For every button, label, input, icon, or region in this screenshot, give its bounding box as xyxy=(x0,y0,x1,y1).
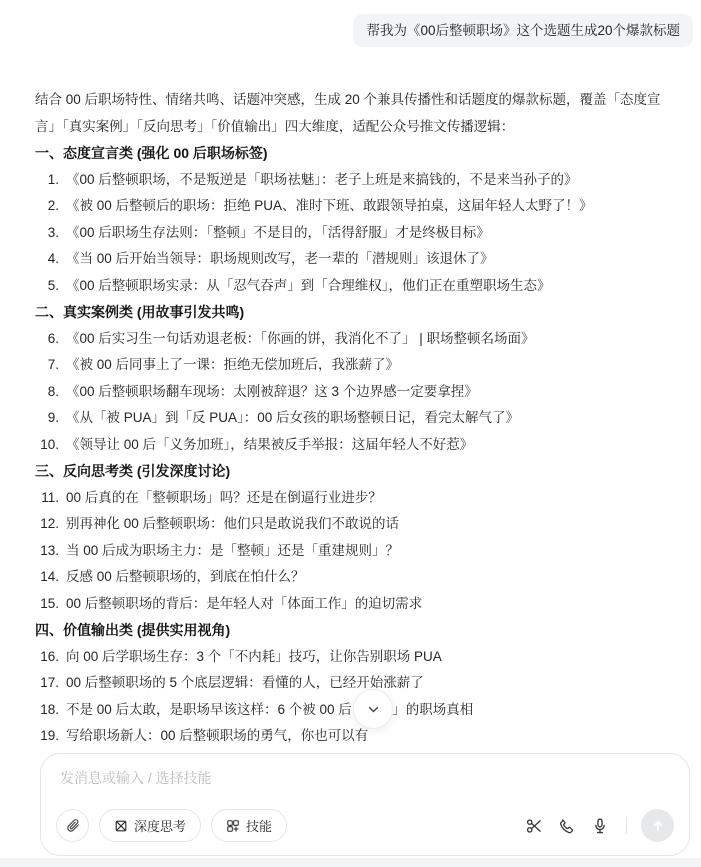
item-text: 反感 00 后整顿职场的，到底在怕什么？ xyxy=(66,564,669,591)
composer-toolbar: 深度思考 技能 xyxy=(56,809,674,842)
item-number: 2. xyxy=(35,193,59,220)
item-number: 18. xyxy=(35,697,59,724)
section-heading: 二、真实案例类 (用故事引发共鸣) xyxy=(35,299,669,326)
title-list-item: 11.00 后真的在「整顿职场」吗？还是在倒逼行业进步？ xyxy=(35,485,669,512)
item-number: 7. xyxy=(35,352,59,379)
title-list-item: 15.00 后整顿职场的背后：是年轻人对「体面工作」的迫切需求 xyxy=(35,591,669,618)
user-message-row: 帮我为《00后整顿职场》这个选题生成20个爆款标题 xyxy=(0,0,701,47)
item-number: 10. xyxy=(35,432,59,459)
title-list-item: 2.《被 00 后整顿后的职场：拒绝 PUA、准时下班、敢跟领导拍桌，这届年轻人… xyxy=(35,193,669,220)
title-list-item: 16.向 00 后学职场生存：3 个「不内耗」技巧，让你告别职场 PUA xyxy=(35,644,669,671)
item-text: 《00 后实习生一句话劝退老板：「你画的饼，我消化不了」 | 职场整顿名场面》 xyxy=(66,326,669,353)
deep-think-icon xyxy=(114,819,128,833)
title-list-item: 3.《00 后职场生存法则：「整顿」不是目的，「活得舒服」才是终极目标》 xyxy=(35,220,669,247)
item-text: 《被 00 后整顿后的职场：拒绝 PUA、准时下班、敢跟领导拍桌，这届年轻人太野… xyxy=(66,193,669,220)
title-list-item: 5.《00 后整顿职场实录：从「忍气吞声」到「合理维权」，他们正在重塑职场生态》 xyxy=(35,273,669,300)
send-icon xyxy=(650,818,666,834)
item-number: 6. xyxy=(35,326,59,353)
send-button[interactable] xyxy=(641,809,674,842)
title-list-item: 17.00 后整顿职场的 5 个底层逻辑：看懂的人，已经开始涨薪了 xyxy=(35,670,669,697)
title-list-item: 12.别再神化 00 后整顿职场：他们只是敢说我们不敢说的话 xyxy=(35,511,669,538)
item-text: 当 00 后成为职场主力：是「整顿」还是「重建规则」？ xyxy=(66,538,669,565)
title-list-item: 1.《00 后整顿职场，不是叛逆是「职场祛魅」：老子上班是来搞钱的，不是来当孙子… xyxy=(35,167,669,194)
item-number: 12. xyxy=(35,511,59,538)
item-number: 9. xyxy=(35,405,59,432)
item-text: 00 后整顿职场的背后：是年轻人对「体面工作」的迫切需求 xyxy=(66,591,669,618)
item-number: 15. xyxy=(35,591,59,618)
scroll-to-bottom-button[interactable] xyxy=(353,689,393,729)
paperclip-icon xyxy=(65,818,81,834)
toolbar-right-group xyxy=(522,809,674,842)
item-number: 16. xyxy=(35,644,59,671)
title-list-item: 19.写给职场新人：00 后整顿职场的勇气，你也可以有 xyxy=(35,723,669,750)
deep-think-button[interactable]: 深度思考 xyxy=(99,809,201,842)
skill-label: 技能 xyxy=(246,816,272,835)
toolbar-left-group: 深度思考 技能 xyxy=(56,809,287,842)
item-number: 1. xyxy=(35,167,59,194)
skill-button[interactable]: 技能 xyxy=(211,809,287,842)
item-text: 《00 后整顿职场，不是叛逆是「职场祛魅」：老子上班是来搞钱的，不是来当孙子的》 xyxy=(66,167,669,194)
title-list-item: 4.《当 00 后开始当领导：职场规则改写，老一辈的「潜规则」该退休了》 xyxy=(35,246,669,273)
voice-input-button[interactable] xyxy=(588,814,612,838)
item-number: 19. xyxy=(35,723,59,750)
toolbar-divider xyxy=(626,817,627,834)
deep-think-label: 深度思考 xyxy=(134,816,186,835)
item-text: 《领导让 00 后「义务加班」，结果被反手举报：这届年轻人不好惹》 xyxy=(66,432,669,459)
phone-call-button[interactable] xyxy=(555,814,579,838)
item-text: 向 00 后学职场生存：3 个「不内耗」技巧，让你告别职场 PUA xyxy=(66,644,669,671)
item-text: 《00 后整顿职场实录：从「忍气吞声」到「合理维权」，他们正在重塑职场生态》 xyxy=(66,273,669,300)
clip-tools-button[interactable] xyxy=(522,814,546,838)
assistant-response: 结合 00 后职场特性、情绪共鸣、话题冲突感，生成 20 个兼具传播性和话题度的… xyxy=(0,87,701,750)
item-text: 《00 后整顿职场翻车现场：太刚被辞退？这 3 个边界感一定要拿捏》 xyxy=(66,379,669,406)
attach-button[interactable] xyxy=(56,809,89,842)
section-heading: 一、态度宣言类 (强化 00 后职场标签) xyxy=(35,140,669,167)
bottom-strip xyxy=(0,858,701,867)
title-list-item: 18.不是 00 后太敢，是职场早该这样：6 个被 00 后「 」的职场真相 xyxy=(35,697,669,724)
section-heading: 四、价值输出类 (提供实用视角) xyxy=(35,617,669,644)
title-list-item: 6.《00 后实习生一句话劝退老板：「你画的饼，我消化不了」 | 职场整顿名场面… xyxy=(35,326,669,353)
phone-icon xyxy=(558,817,576,835)
item-text: 《被 00 后同事上了一课：拒绝无偿加班后，我涨薪了》 xyxy=(66,352,669,379)
title-list-item: 14.反感 00 后整顿职场的，到底在怕什么？ xyxy=(35,564,669,591)
title-list-item: 13.当 00 后成为职场主力：是「整顿」还是「重建规则」？ xyxy=(35,538,669,565)
message-input[interactable]: 发消息或输入 / 选择技能 xyxy=(41,754,689,788)
scissors-icon xyxy=(525,817,543,835)
skill-icon xyxy=(226,819,240,833)
section-heading: 三、反向思考类 (引发深度讨论) xyxy=(35,458,669,485)
chat-page: 帮我为《00后整顿职场》这个选题生成20个爆款标题 结合 00 后职场特性、情绪… xyxy=(0,0,701,867)
item-text: 《当 00 后开始当领导：职场规则改写，老一辈的「潜规则」该退休了》 xyxy=(66,246,669,273)
item-number: 8. xyxy=(35,379,59,406)
item-number: 13. xyxy=(35,538,59,565)
title-list-item: 7.《被 00 后同事上了一课：拒绝无偿加班后，我涨薪了》 xyxy=(35,352,669,379)
user-message-bubble: 帮我为《00后整顿职场》这个选题生成20个爆款标题 xyxy=(353,14,693,47)
item-text: 《00 后职场生存法则：「整顿」不是目的，「活得舒服」才是终极目标》 xyxy=(66,220,669,247)
microphone-icon xyxy=(591,817,609,835)
item-number: 4. xyxy=(35,246,59,273)
title-sections: 一、态度宣言类 (强化 00 后职场标签)1.《00 后整顿职场，不是叛逆是「职… xyxy=(35,140,669,750)
title-list-item: 8.《00 后整顿职场翻车现场：太刚被辞退？这 3 个边界感一定要拿捏》 xyxy=(35,379,669,406)
item-number: 14. xyxy=(35,564,59,591)
item-number: 17. xyxy=(35,670,59,697)
composer: 发消息或输入 / 选择技能 xyxy=(40,753,690,856)
title-list-item: 10.《领导让 00 后「义务加班」，结果被反手举报：这届年轻人不好惹》 xyxy=(35,432,669,459)
item-number: 5. xyxy=(35,273,59,300)
response-intro: 结合 00 后职场特性、情绪共鸣、话题冲突感，生成 20 个兼具传播性和话题度的… xyxy=(35,87,669,140)
item-text: 00 后真的在「整顿职场」吗？还是在倒逼行业进步？ xyxy=(66,485,669,512)
item-number: 11. xyxy=(35,485,59,512)
item-text: 《从「被 PUA」到「反 PUA」：00 后女孩的职场整顿日记，看完太解气了》 xyxy=(66,405,669,432)
chevron-down-icon xyxy=(365,701,382,718)
item-number: 3. xyxy=(35,220,59,247)
title-list-item: 9.《从「被 PUA」到「反 PUA」：00 后女孩的职场整顿日记，看完太解气了… xyxy=(35,405,669,432)
item-text: 别再神化 00 后整顿职场：他们只是敢说我们不敢说的话 xyxy=(66,511,669,538)
